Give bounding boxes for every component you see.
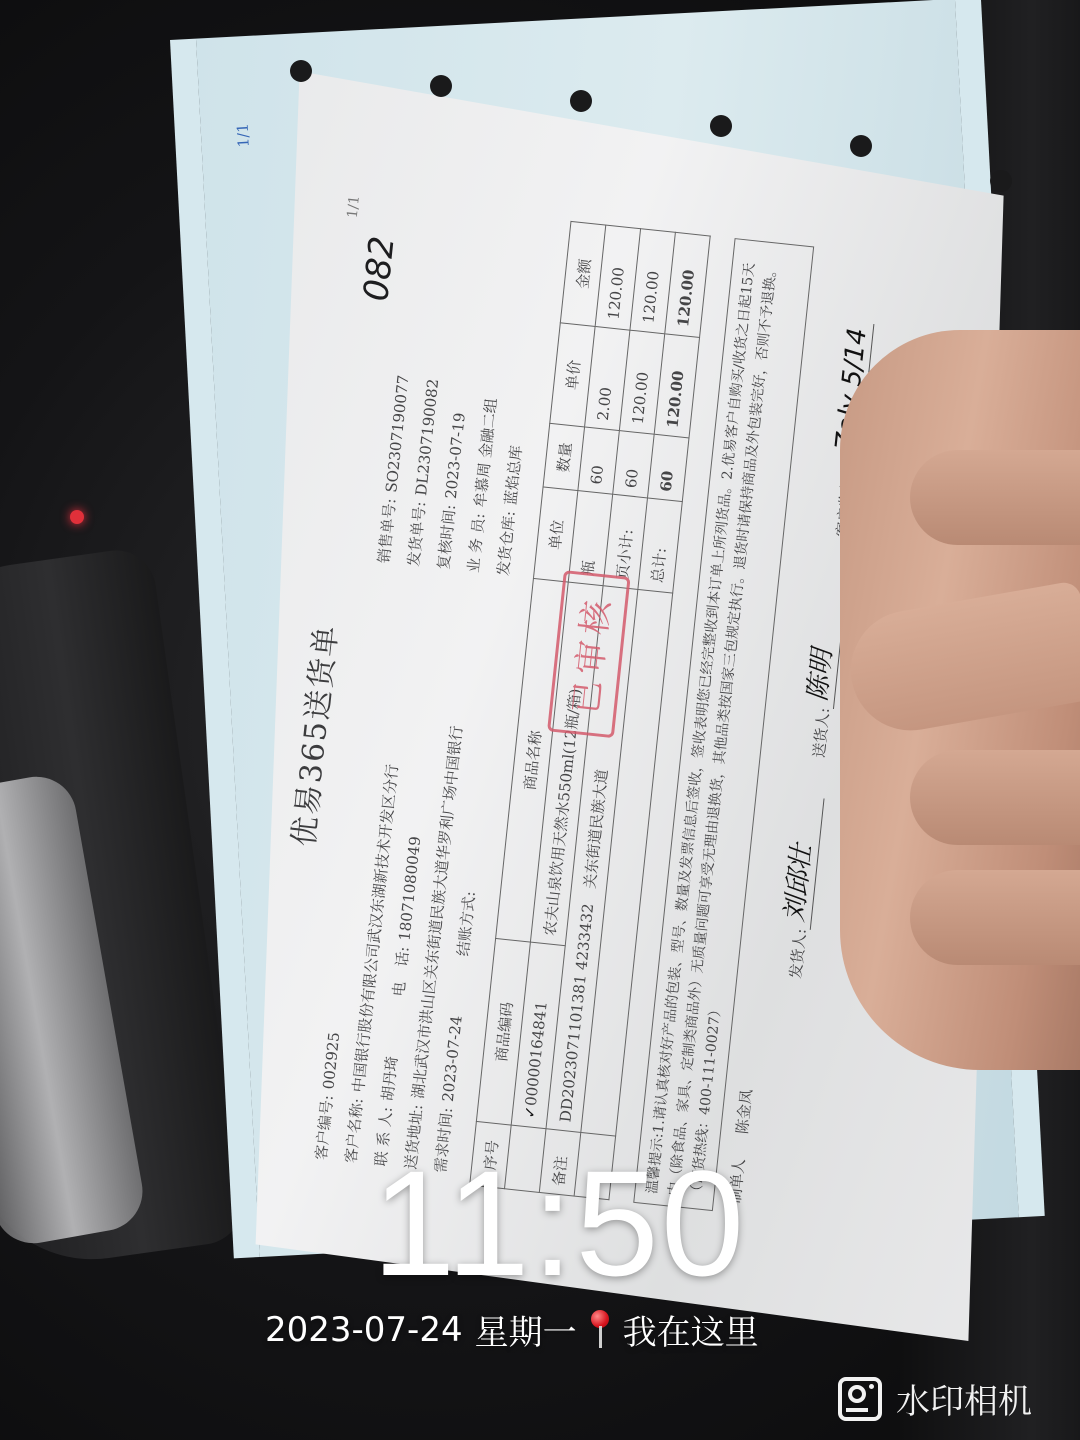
warehouse: 蓝焰总库 <box>496 444 532 507</box>
shipper-signature: 发货人: 刘邱壮 <box>768 795 825 980</box>
delivery-note: 优易365送货单 1/1 082 客户编号:002925 客户名称:中国银行股份… <box>224 175 945 1234</box>
photo-scene: 1/1 优易365送货单 1/1 082 客户编号:002925 客户名称:中国… <box>0 0 1080 1440</box>
watermark-brand: 水印相机 <box>838 1374 1032 1423</box>
brand-name: 水印相机 <box>896 1374 1032 1423</box>
document-title: 优易365送货单 <box>279 622 346 849</box>
watermark-weekday: 星期一 <box>475 1305 577 1354</box>
page-mark: 1/1 <box>345 195 363 219</box>
watermark-date: 2023-07-24 <box>265 1310 463 1350</box>
watermark-location: 我在这里 <box>623 1305 759 1354</box>
handwritten-number: 082 <box>356 234 403 303</box>
watermark-time: 11:50 <box>372 1148 746 1298</box>
camera-icon <box>838 1377 882 1421</box>
contact-person: 胡丹琦 <box>373 1055 408 1103</box>
checkmark-icon: ✓ <box>521 1105 540 1119</box>
back-page-mark: 1/1 <box>234 123 253 148</box>
payment-method <box>456 884 486 887</box>
location-pin-icon <box>589 1308 611 1352</box>
indicator-light <box>70 510 84 524</box>
watermark-date-line: 2023-07-24 星期一 我在这里 <box>265 1305 759 1354</box>
